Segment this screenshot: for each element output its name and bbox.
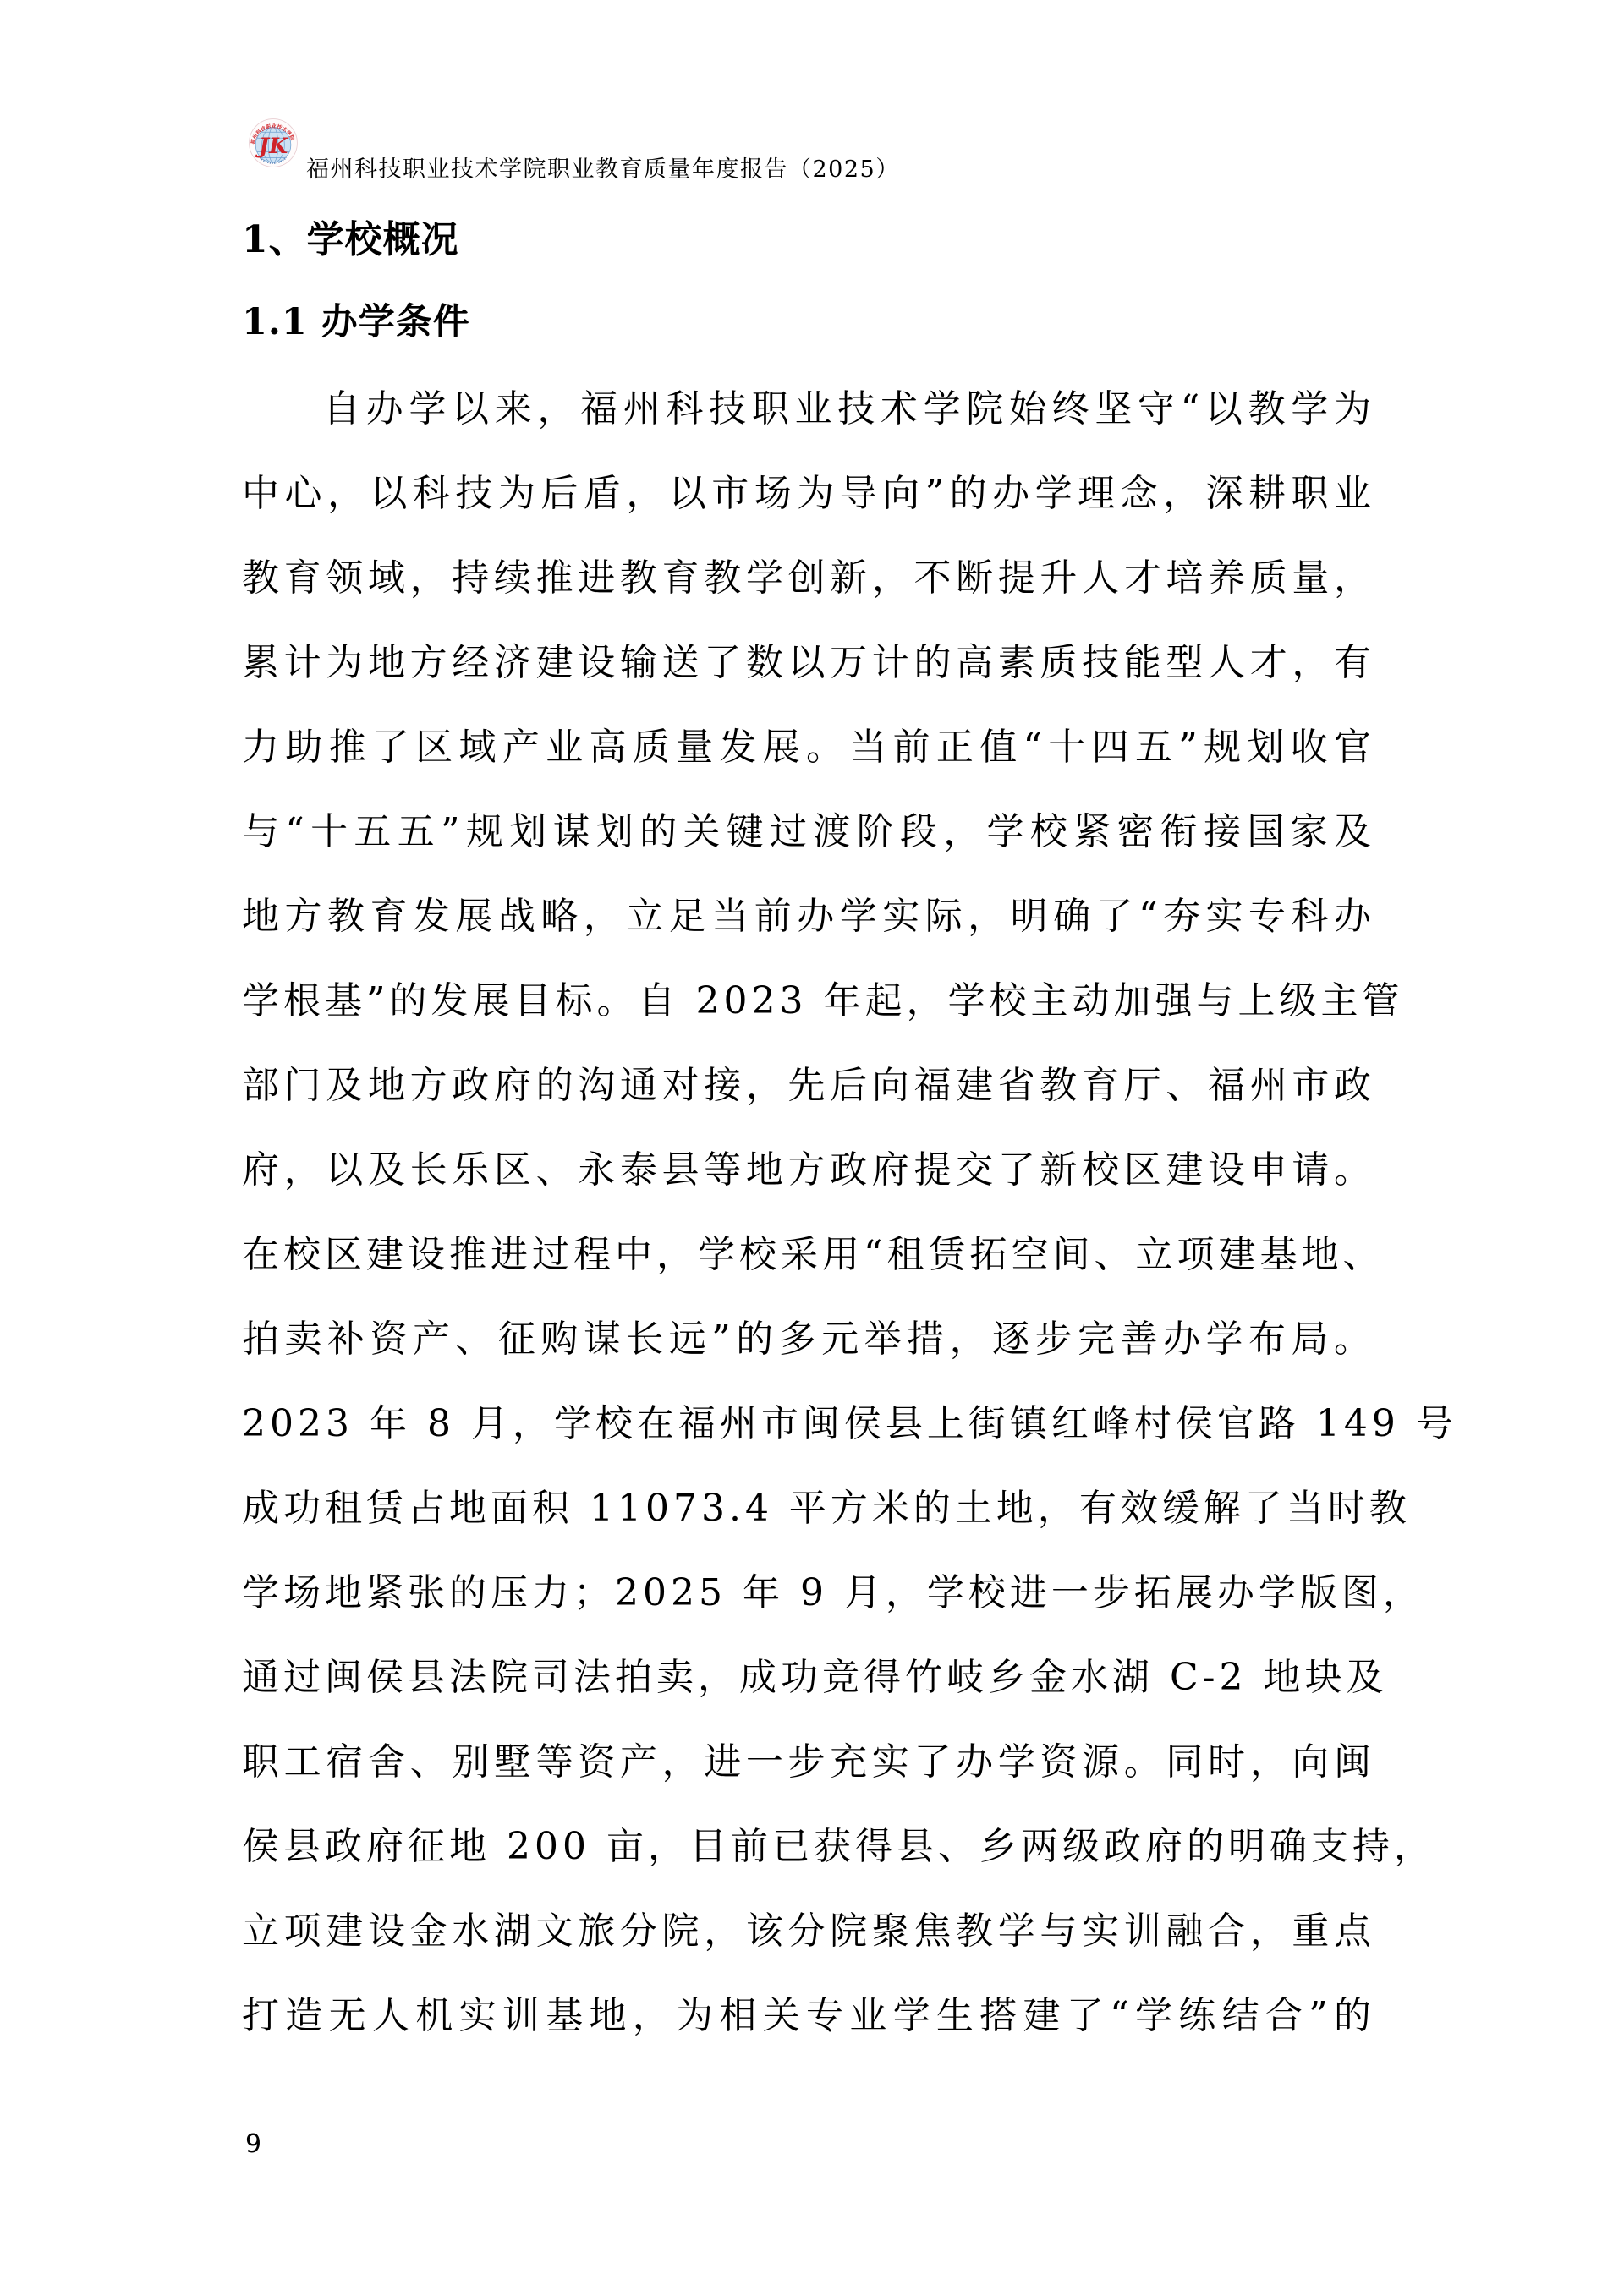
body-line: 部门及地方政府的沟通对接，先后向福建省教育厅、福州市政 — [242, 1044, 1375, 1128]
body-line: 与“十五五”规划谋划的关键过渡阶段，学校紧密衔接国家及 — [242, 790, 1375, 874]
body-line: 累计为地方经济建设输送了数以万计的高素质技能型人才，有 — [242, 621, 1375, 705]
subsection-heading: 1.1 办学条件 — [242, 293, 470, 345]
body-line: 力助推了区域产业高质量发展。当前正值“十四五”规划收官 — [242, 705, 1375, 790]
body-line: 自办学以来，福州科技职业技术学院始终坚守“以教学为 — [242, 367, 1375, 452]
document-header-title: 福州科技职业技术学院职业教育质量年度报告（2025） — [306, 151, 900, 184]
body-line: 教育领域，持续推进教育教学创新，不断提升人才培养质量， — [242, 536, 1375, 621]
body-line: 成功租赁占地面积 11073.4 平方米的土地，有效缓解了当时教 — [242, 1466, 1375, 1551]
body-line: 学场地紧张的压力；2025 年 9 月，学校进一步拓展办学版图， — [242, 1551, 1375, 1636]
body-line: 通过闽侯县法院司法拍卖，成功竞得竹岐乡金水湖 C-2 地块及 — [242, 1636, 1375, 1720]
body-line: 拍卖补资产、征购谋长远”的多元举措，逐步完善办学布局。 — [242, 1297, 1375, 1382]
page-number: 9 — [245, 2129, 261, 2159]
body-line: 府，以及长乐区、永泰县等地方政府提交了新校区建设申请。 — [242, 1128, 1375, 1213]
body-line: 地方教育发展战略，立足当前办学实际，明确了“夯实专科办 — [242, 874, 1375, 959]
body-line: 中心，以科技为后盾，以市场为导向”的办学理念，深耕职业 — [242, 452, 1375, 536]
body-line: 打造无人机实训基地，为相关专业学生搭建了“学练结合”的 — [242, 1974, 1375, 2058]
body-line: 立项建设金水湖文旅分院，该分院聚焦教学与实训融合，重点 — [242, 1889, 1375, 1974]
logo-monogram: JK — [255, 134, 289, 159]
body-line: 职工宿舍、别墅等资产，进一步充实了办学资源。同时，向闽 — [242, 1720, 1375, 1805]
body-paragraph: 自办学以来，福州科技职业技术学院始终坚守“以教学为 中心，以科技为后盾，以市场为… — [242, 367, 1375, 2058]
section-heading: 1、学校概况 — [242, 209, 459, 263]
body-line: 在校区建设推进过程中，学校采用“租赁拓空间、立项建基地、 — [242, 1213, 1375, 1297]
body-line: 侯县政府征地 200 亩，目前已获得县、乡两级政府的明确支持， — [242, 1805, 1375, 1889]
body-line: 学根基”的发展目标。自 2023 年起，学校主动加强与上级主管 — [242, 959, 1375, 1044]
document-page: 福州科技职业技术学院 JK 福州科技职业技术学院职业教育质量年度报告（2025）… — [0, 0, 1624, 2296]
body-line: 2023 年 8 月，学校在福州市闽侯县上街镇红峰村侯官路 149 号 — [242, 1382, 1375, 1466]
school-logo-icon: 福州科技职业技术学院 JK — [249, 118, 298, 167]
